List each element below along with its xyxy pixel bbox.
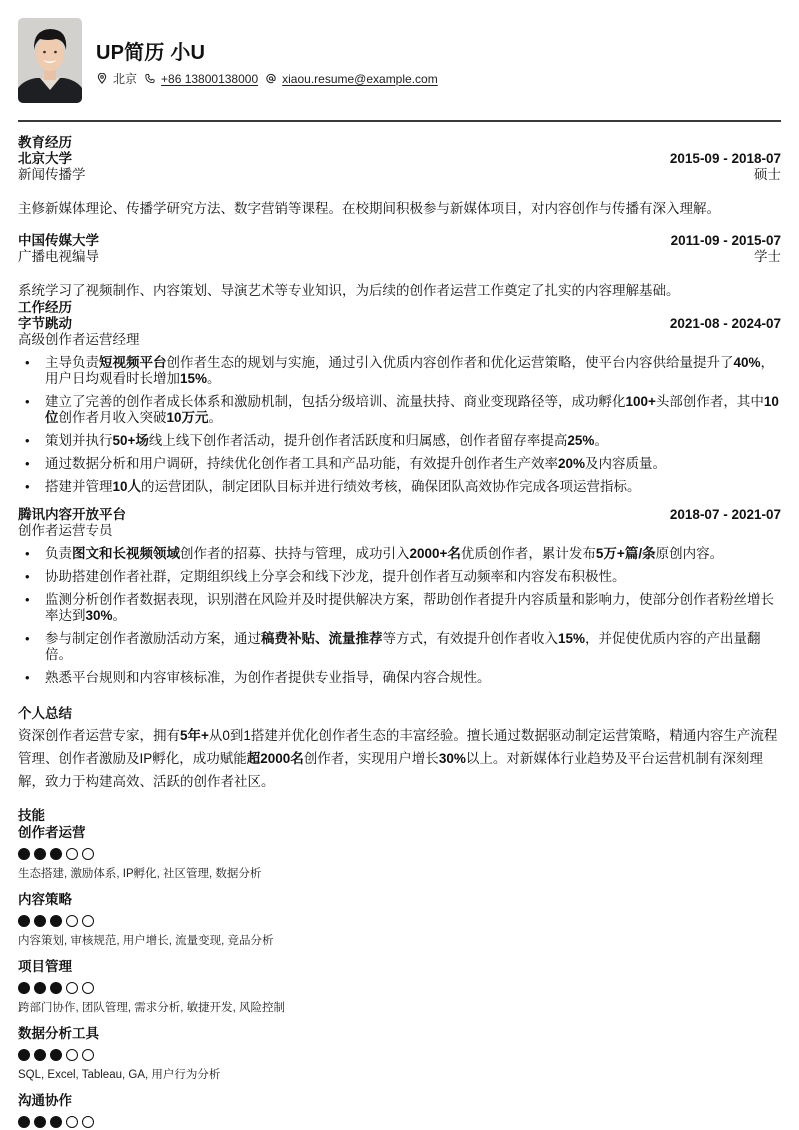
job-title: 创作者运营专员 bbox=[18, 523, 113, 539]
filled-dot-icon bbox=[34, 915, 46, 927]
header-divider bbox=[18, 120, 781, 122]
text-run: 建立了完善的创作者成长体系和激励机制，包括分级培训、流量扶持、商业变现路径等，成… bbox=[45, 394, 626, 409]
achievement-item: 策划并执行50+场线上线下创作者活动，提升创作者活跃度和归属感，创作者留存率提高… bbox=[18, 433, 781, 449]
empty-dot-icon bbox=[66, 1116, 78, 1128]
work-date: 2018-07 - 2021-07 bbox=[670, 507, 781, 523]
text-run: 负责 bbox=[45, 546, 72, 561]
phone-icon bbox=[145, 73, 155, 84]
highlight-text: 100+ bbox=[626, 394, 656, 409]
at-sign-icon bbox=[266, 73, 276, 84]
education-entry: 中国传媒大学 2011-09 - 2015-07 广播电视编导 学士 系统学习了… bbox=[18, 233, 781, 300]
skill-item: 项目管理跨部门协作, 团队管理, 需求分析, 敏捷开发, 风险控制 bbox=[18, 958, 781, 1015]
company-name: 腾讯内容开放平台 bbox=[18, 507, 126, 523]
highlight-text: 5万+篇/条 bbox=[596, 546, 656, 561]
skill-item: 数据分析工具SQL, Excel, Tableau, GA, 用户行为分析 bbox=[18, 1025, 781, 1082]
education-description: 系统学习了视频制作、内容策划、导演艺术等专业知识，为后续的创作者运营工作奠定了扎… bbox=[18, 282, 781, 300]
empty-dot-icon bbox=[82, 915, 94, 927]
company-name: 字节跳动 bbox=[18, 316, 72, 332]
filled-dot-icon bbox=[50, 1116, 62, 1128]
achievement-item: 参与制定创作者激励活动方案，通过稿费补贴、流量推荐等方式，有效提升创作者收入15… bbox=[18, 631, 781, 663]
filled-dot-icon bbox=[18, 982, 30, 994]
work-section: 工作经历 字节跳动 2021-08 - 2024-07 高级创作者运营经理 主导… bbox=[18, 300, 781, 693]
text-run: 创作者生态的规划与实施，通过引入优质内容创作者和优化运营策略，使平台内容供给量提… bbox=[167, 355, 734, 370]
job-title: 高级创作者运营经理 bbox=[18, 332, 140, 348]
empty-dot-icon bbox=[66, 848, 78, 860]
filled-dot-icon bbox=[50, 1049, 62, 1061]
skill-level-rating bbox=[18, 915, 781, 927]
filled-dot-icon bbox=[18, 848, 30, 860]
section-title-education: 教育经历 bbox=[18, 135, 781, 151]
achievement-item: 主导负责短视频平台创作者生态的规划与实施，通过引入优质内容创作者和优化运营策略，… bbox=[18, 355, 781, 387]
degree: 硕士 bbox=[754, 167, 781, 183]
email-link[interactable]: xiaou.resume@example.com bbox=[282, 72, 438, 86]
text-run: 参与制定创作者激励活动方案，通过 bbox=[45, 631, 261, 646]
text-run: 主导负责 bbox=[45, 355, 99, 370]
contact-location: 北京 bbox=[97, 70, 137, 87]
education-description: 主修新媒体理论、传播学研究方法、数字营销等课程。在校期间积极参与新媒体项目，对内… bbox=[18, 200, 781, 218]
achievement-list: 负责图文和长视频领域创作者的招募、扶持与管理，成功引入2000+名优质创作者，累… bbox=[18, 546, 781, 686]
skills-section: 技能 创作者运营生态搭建, 激励体系, IP孵化, 社区管理, 数据分析内容策略… bbox=[18, 808, 781, 1128]
text-run: 监测分析创作者数据表现，识别潜在风险并及时提供解决方案，帮助创作者提升内容质量和… bbox=[45, 592, 774, 623]
highlight-text: 2000+名 bbox=[410, 546, 461, 561]
candidate-name: UP简历 小U bbox=[96, 36, 205, 65]
achievement-item: 建立了完善的创作者成长体系和激励机制，包括分级培训、流量扶持、商业变现路径等，成… bbox=[18, 394, 781, 426]
text-run: 头部创作者，其中 bbox=[656, 394, 764, 409]
text-run: 。 bbox=[209, 410, 223, 425]
filled-dot-icon bbox=[34, 982, 46, 994]
text-run: 的运营团队，制定团队目标并进行绩效考核，确保团队高效协作完成各项运营指标。 bbox=[141, 479, 641, 494]
highlight-text: 20% bbox=[558, 456, 585, 471]
avatar-portrait-icon bbox=[18, 18, 82, 103]
work-entry: 字节跳动 2021-08 - 2024-07 高级创作者运营经理 主导负责短视频… bbox=[18, 316, 781, 495]
text-run: 原创内容。 bbox=[656, 546, 724, 561]
education-date: 2011-09 - 2015-07 bbox=[671, 233, 781, 249]
empty-dot-icon bbox=[66, 1049, 78, 1061]
highlight-text: 5年+ bbox=[180, 728, 209, 743]
filled-dot-icon bbox=[18, 915, 30, 927]
filled-dot-icon bbox=[50, 848, 62, 860]
summary-section: 个人总结 资深创作者运营专家，拥有5年+从0到1搭建并优化创作者生态的丰富经验。… bbox=[18, 706, 781, 793]
skill-keywords: 生态搭建, 激励体系, IP孵化, 社区管理, 数据分析 bbox=[18, 867, 781, 881]
skill-item: 内容策略内容策划, 审核规范, 用户增长, 流量变现, 竞品分析 bbox=[18, 891, 781, 948]
empty-dot-icon bbox=[82, 982, 94, 994]
text-run: 等方式，有效提升创作者收入 bbox=[383, 631, 559, 646]
text-run: 创作者，实现用户增长 bbox=[304, 751, 439, 766]
achievement-item: 通过数据分析和用户调研，持续优化创作者工具和产品功能，有效提升创作者生产效率20… bbox=[18, 456, 781, 472]
achievement-item: 熟悉平台规则和内容审核标准，为创作者提供专业指导，确保内容合规性。 bbox=[18, 670, 781, 686]
skill-keywords: 内容策划, 审核规范, 用户增长, 流量变现, 竞品分析 bbox=[18, 934, 781, 948]
filled-dot-icon bbox=[34, 848, 46, 860]
contact-email[interactable]: xiaou.resume@example.com bbox=[266, 72, 438, 86]
highlight-text: 稿费补贴、流量推荐 bbox=[261, 631, 383, 646]
filled-dot-icon bbox=[50, 915, 62, 927]
highlight-text: 30% bbox=[439, 751, 466, 766]
text-run: 策划并执行 bbox=[45, 433, 113, 448]
skill-level-rating bbox=[18, 982, 781, 994]
achievement-item: 负责图文和长视频领域创作者的招募、扶持与管理，成功引入2000+名优质创作者，累… bbox=[18, 546, 781, 562]
text-run: 线上线下创作者活动，提升创作者活跃度和归属感，创作者留存率提高 bbox=[149, 433, 568, 448]
highlight-text: 50+场 bbox=[113, 433, 149, 448]
skills-list: 创作者运营生态搭建, 激励体系, IP孵化, 社区管理, 数据分析内容策略内容策… bbox=[18, 824, 781, 1128]
degree: 学士 bbox=[754, 249, 781, 265]
profile-photo bbox=[18, 18, 82, 103]
major: 新闻传播学 bbox=[18, 167, 86, 183]
filled-dot-icon bbox=[34, 1049, 46, 1061]
empty-dot-icon bbox=[82, 848, 94, 860]
skill-item: 沟通协作 bbox=[18, 1092, 781, 1128]
highlight-text: 超2000名 bbox=[247, 751, 304, 766]
empty-dot-icon bbox=[82, 1116, 94, 1128]
school-name: 北京大学 bbox=[18, 151, 72, 167]
major: 广播电视编导 bbox=[18, 249, 99, 265]
education-section: 教育经历 北京大学 2015-09 - 2018-07 新闻传播学 硕士 主修新… bbox=[18, 135, 781, 300]
work-entry: 腾讯内容开放平台 2018-07 - 2021-07 创作者运营专员 负责图文和… bbox=[18, 507, 781, 686]
empty-dot-icon bbox=[66, 915, 78, 927]
highlight-text: 短视频平台 bbox=[99, 355, 167, 370]
skill-keywords: 跨部门协作, 团队管理, 需求分析, 敏捷开发, 风险控制 bbox=[18, 1001, 781, 1015]
highlight-text: 40% bbox=[734, 355, 761, 370]
achievement-item: 协助搭建创作者社群，定期组织线上分享会和线下沙龙，提升创作者互动频率和内容发布积… bbox=[18, 569, 781, 585]
skill-level-rating bbox=[18, 1049, 781, 1061]
achievement-item: 监测分析创作者数据表现，识别潜在风险并及时提供解决方案，帮助创作者提升内容质量和… bbox=[18, 592, 781, 624]
section-title-work: 工作经历 bbox=[18, 300, 781, 316]
highlight-text: 30% bbox=[86, 608, 113, 623]
summary-text: 资深创作者运营专家，拥有5年+从0到1搭建并优化创作者生态的丰富经验。擅长通过数… bbox=[18, 724, 781, 793]
map-pin-icon bbox=[97, 73, 107, 84]
filled-dot-icon bbox=[18, 1049, 30, 1061]
skill-keywords: SQL, Excel, Tableau, GA, 用户行为分析 bbox=[18, 1068, 781, 1082]
text-run: 熟悉平台规则和内容审核标准，为创作者提供专业指导，确保内容合规性。 bbox=[45, 670, 491, 685]
skill-name: 内容策略 bbox=[18, 891, 781, 909]
skill-name: 创作者运营 bbox=[18, 824, 781, 842]
empty-dot-icon bbox=[82, 1049, 94, 1061]
filled-dot-icon bbox=[34, 1116, 46, 1128]
filled-dot-icon bbox=[18, 1116, 30, 1128]
education-date: 2015-09 - 2018-07 bbox=[670, 151, 781, 167]
filled-dot-icon bbox=[50, 982, 62, 994]
contact-phone[interactable]: +86 13800138000 bbox=[145, 72, 258, 86]
text-run: 优质创作者，累计发布 bbox=[461, 546, 596, 561]
text-run: 。 bbox=[594, 433, 608, 448]
text-run: 资深创作者运营专家，拥有 bbox=[18, 728, 180, 743]
skill-level-rating bbox=[18, 1116, 781, 1128]
skill-level-rating bbox=[18, 848, 781, 860]
highlight-text: 10人 bbox=[113, 479, 142, 494]
phone-link[interactable]: +86 13800138000 bbox=[161, 72, 258, 86]
text-run: 创作者月收入突破 bbox=[59, 410, 167, 425]
highlight-text: 15% bbox=[558, 631, 585, 646]
skill-name: 沟通协作 bbox=[18, 1092, 781, 1110]
text-run: 搭建并管理 bbox=[45, 479, 113, 494]
education-entry: 北京大学 2015-09 - 2018-07 新闻传播学 硕士 主修新媒体理论、… bbox=[18, 151, 781, 218]
highlight-text: 10万元 bbox=[167, 410, 209, 425]
highlight-text: 图文和长视频领域 bbox=[72, 546, 180, 561]
school-name: 中国传媒大学 bbox=[18, 233, 99, 249]
location-text: 北京 bbox=[113, 70, 137, 87]
highlight-text: 25% bbox=[567, 433, 594, 448]
skill-name: 数据分析工具 bbox=[18, 1025, 781, 1043]
highlight-text: 15% bbox=[180, 371, 207, 386]
text-run: 通过数据分析和用户调研，持续优化创作者工具和产品功能，有效提升创作者生产效率 bbox=[45, 456, 558, 471]
text-run: 创作者的招募、扶持与管理，成功引入 bbox=[180, 546, 410, 561]
section-title-skills: 技能 bbox=[18, 808, 781, 824]
text-run: 及内容质量。 bbox=[585, 456, 666, 471]
empty-dot-icon bbox=[66, 982, 78, 994]
skill-name: 项目管理 bbox=[18, 958, 781, 976]
skill-item: 创作者运营生态搭建, 激励体系, IP孵化, 社区管理, 数据分析 bbox=[18, 824, 781, 881]
achievement-list: 主导负责短视频平台创作者生态的规划与实施，通过引入优质内容创作者和优化运营策略，… bbox=[18, 355, 781, 495]
section-title-summary: 个人总结 bbox=[18, 706, 781, 722]
resume-page: UP简历 小U 北京 +86 13800138000 bbox=[18, 0, 781, 121]
work-date: 2021-08 - 2024-07 bbox=[670, 316, 781, 332]
resume-header: UP简历 小U 北京 +86 13800138000 bbox=[18, 0, 781, 121]
text-run: 协助搭建创作者社群，定期组织线上分享会和线下沙龙，提升创作者互动频率和内容发布积… bbox=[45, 569, 626, 584]
achievement-item: 搭建并管理10人的运营团队，制定团队目标并进行绩效考核，确保团队高效协作完成各项… bbox=[18, 479, 781, 495]
contact-info: 北京 +86 13800138000 xiaou.resume@example.… bbox=[97, 70, 446, 87]
text-run: 。 bbox=[207, 371, 221, 386]
text-run: 。 bbox=[113, 608, 127, 623]
